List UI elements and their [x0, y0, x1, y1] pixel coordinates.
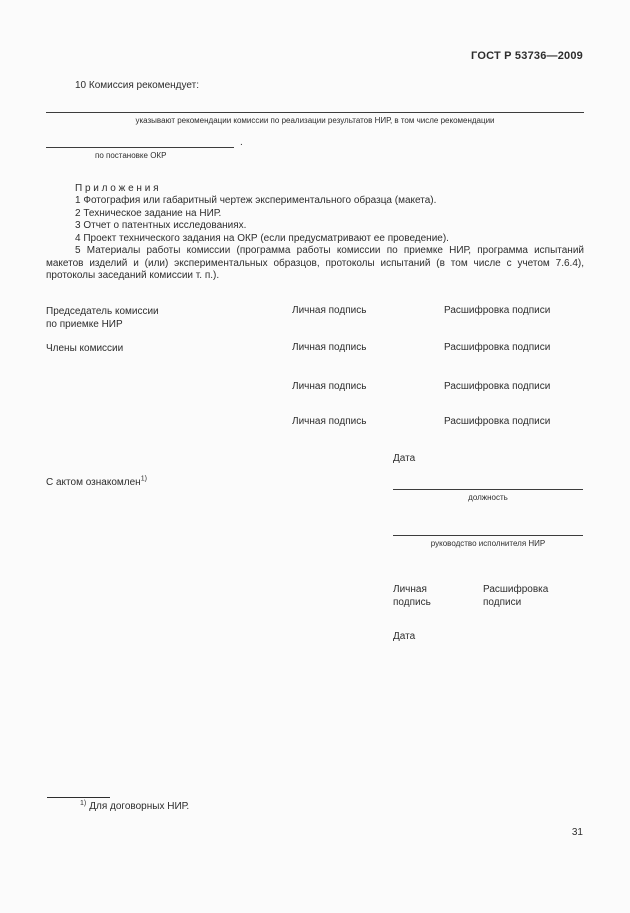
- footnote-text: 1)Для договорных НИР.: [80, 801, 189, 814]
- date-label: Дата: [393, 453, 415, 466]
- signature-decipher-label: Расшифровка подписи: [444, 342, 550, 355]
- fill-in-line-position: [393, 489, 583, 490]
- fill-in-line-head-caption: руководство исполнителя НИР: [393, 539, 583, 548]
- appendix-item: 3 Отчет о патентных исследованиях.: [46, 220, 584, 232]
- appendices-list: П р и л о ж е н и я 1 Фотография или габ…: [46, 183, 584, 283]
- signature-decipher-label: Расшифровка подписи: [444, 381, 550, 394]
- personal-signature-label: Личная подпись: [292, 381, 366, 394]
- signature-decipher-label: Расшифровка подписи: [444, 305, 550, 318]
- fill-in-line-okr: [46, 147, 234, 148]
- appendix-item: 2 Техническое задание на НИР.: [46, 208, 584, 220]
- signature-role-members: Члены комиссии: [46, 342, 281, 355]
- appendix-item: 5 Материалы работы комиссии (программа р…: [46, 245, 584, 282]
- document-page: { "page": { "header": "ГОСТ Р 53736—2009…: [0, 0, 630, 913]
- personal-signature-label: Личная подпись: [292, 305, 366, 318]
- footnote-separator: [47, 797, 110, 798]
- signature-decipher-label: Расшифровка подписи: [444, 416, 550, 429]
- fill-in-line-okr-caption: по постановке ОКР: [95, 151, 166, 160]
- fill-in-line-position-caption: должность: [393, 493, 583, 502]
- footnote-reference: 1): [141, 476, 147, 483]
- footnote-body: Для договорных НИР.: [89, 801, 189, 812]
- signature-role-chairman: Председатель комиссии по приемке НИР: [46, 305, 281, 331]
- appendices-title: П р и л о ж е н и я: [46, 183, 584, 195]
- standard-number-header: ГОСТ Р 53736—2009: [471, 50, 583, 62]
- fill-in-line-recommendations: [46, 112, 584, 113]
- signature-decipher-label: Расшифровка подписи: [483, 584, 548, 609]
- personal-signature-label: Личная подпись: [393, 584, 431, 609]
- fill-in-line-recommendations-caption: указывают рекомендации комиссии по реали…: [46, 116, 584, 125]
- footnote-marker: 1): [80, 800, 86, 807]
- page-number: 31: [572, 827, 583, 840]
- appendix-item: 1 Фотография или габаритный чертеж экспе…: [46, 195, 584, 207]
- act-acknowledged-text: С актом ознакомлен1): [46, 477, 147, 490]
- fill-in-line-head: [393, 535, 583, 536]
- appendix-item: 4 Проект технического задания на ОКР (ес…: [46, 233, 584, 245]
- personal-signature-label: Личная подпись: [292, 342, 366, 355]
- section-10-heading: 10 Комиссия рекомендует:: [75, 80, 199, 93]
- date-label: Дата: [393, 631, 415, 644]
- act-acknowledged-label: С актом ознакомлен: [46, 477, 141, 488]
- fill-in-line-okr-tail: .: [240, 137, 243, 150]
- personal-signature-label: Личная подпись: [292, 416, 366, 429]
